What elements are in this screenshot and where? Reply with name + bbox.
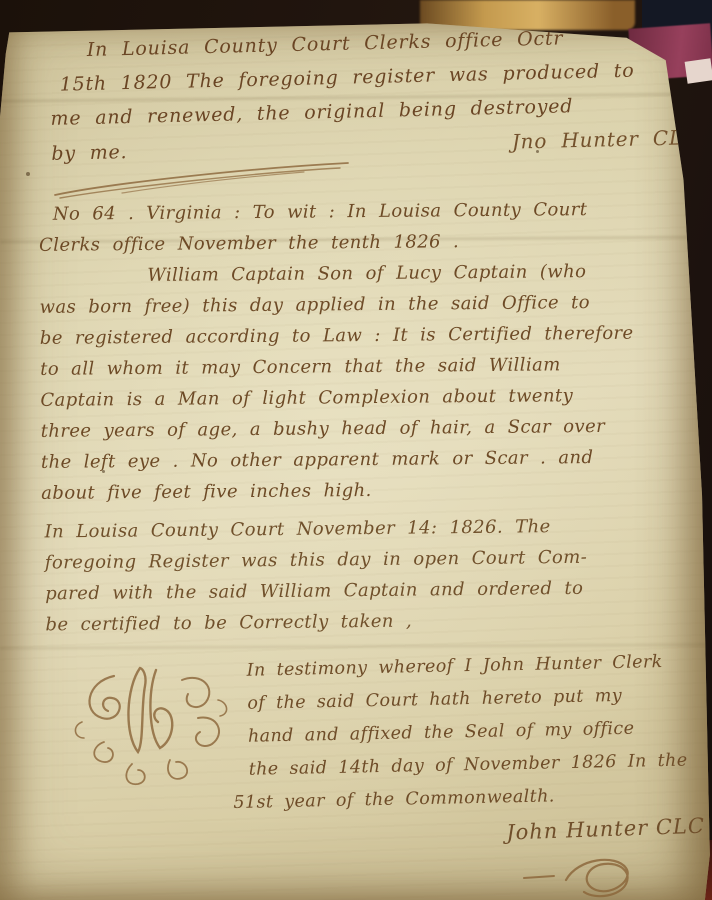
register-entry-no64: No 64 . Virginia : To wit : In Louisa Co… [39, 193, 700, 509]
renewal-note-1820: In Louisa County Court Clerks office Oct… [48, 18, 699, 171]
signature-flourish [520, 850, 680, 900]
manuscript-line: be registered according to Law : It is C… [40, 317, 698, 354]
clerk-seal-flourish [68, 646, 240, 798]
manuscript-photo: In Louisa County Court Clerks office Oct… [0, 0, 712, 900]
background-pale-sliver [685, 58, 712, 83]
clerk-signature: Jno Hunter CLC [511, 120, 699, 159]
manuscript-page: In Louisa County Court Clerks office Oct… [0, 0, 712, 900]
court-certification: In Louisa County Court November 14: 1826… [44, 510, 700, 641]
ink-speck [26, 172, 30, 176]
pen-flourish-divider [52, 158, 352, 200]
attestation-block: In testimony whereof I John Hunter Clerk… [246, 645, 701, 819]
manuscript-line: about five feet five inches high. [41, 472, 699, 509]
manuscript-line: three years of age, a bushy head of hair… [41, 410, 699, 447]
